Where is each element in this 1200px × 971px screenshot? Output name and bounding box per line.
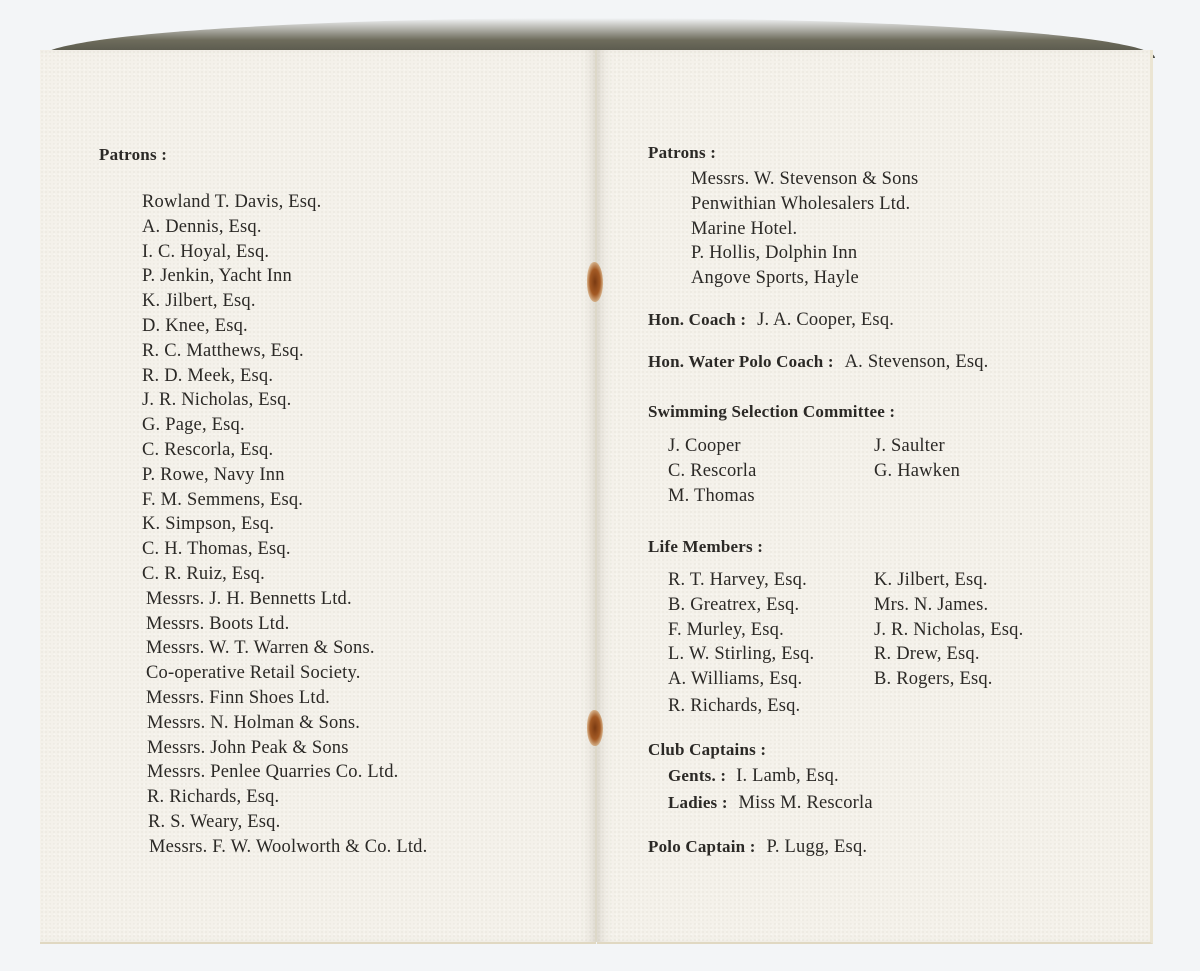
patron-entry: Co-operative Retail Society. xyxy=(142,661,427,686)
patron-entry: P. Hollis, Dolphin Inn xyxy=(691,241,918,266)
gents-captain-label: Gents. : xyxy=(668,766,726,785)
patron-entry: Messrs. John Peak & Sons xyxy=(142,736,427,761)
life-member: B. Greatrex, Esq. xyxy=(668,593,814,618)
patron-entry: Messrs. W. Stevenson & Sons xyxy=(691,167,918,192)
patron-entry: R. Richards, Esq. xyxy=(142,785,427,810)
hon-coach-line: Hon. Coach : J. A. Cooper, Esq. xyxy=(648,308,894,333)
patron-entry: C. R. Ruiz, Esq. xyxy=(142,562,427,587)
patron-entry: Messrs. Boots Ltd. xyxy=(142,612,427,637)
patron-entry: D. Knee, Esq. xyxy=(142,314,427,339)
left-patrons-list: Rowland T. Davis, Esq. A. Dennis, Esq. I… xyxy=(142,190,427,860)
patron-entry: I. C. Hoyal, Esq. xyxy=(142,240,427,265)
life-member: A. Williams, Esq. xyxy=(668,667,814,692)
right-patrons-heading: Patrons : xyxy=(648,141,716,166)
patron-entry: A. Dennis, Esq. xyxy=(142,215,427,240)
rust-staple-mark-bottom xyxy=(587,710,603,746)
patron-entry: F. M. Semmens, Esq. xyxy=(142,488,427,513)
committee-member: G. Hawken xyxy=(874,459,960,484)
life-member: R. Drew, Esq. xyxy=(874,642,1023,667)
gents-captain-value: I. Lamb, Esq. xyxy=(736,766,839,786)
patron-entry: Rowland T. Davis, Esq. xyxy=(142,190,427,215)
left-patrons-heading: Patrons : xyxy=(99,143,167,168)
life-member: Mrs. N. James. xyxy=(874,593,1023,618)
polo-captain-label: Polo Captain : xyxy=(648,837,756,856)
patron-entry: Angove Sports, Hayle xyxy=(691,266,918,291)
patron-entry: J. R. Nicholas, Esq. xyxy=(142,388,427,413)
patron-entry: Penwithian Wholesalers Ltd. xyxy=(691,192,918,217)
patron-entry: Messrs. F. W. Woolworth & Co. Ltd. xyxy=(142,835,427,860)
committee-member: J. Saulter xyxy=(874,434,960,459)
selection-committee-heading: Swimming Selection Committee : xyxy=(648,400,895,425)
life-member: J. R. Nicholas, Esq. xyxy=(874,618,1023,643)
patron-entry: Messrs. Finn Shoes Ltd. xyxy=(142,686,427,711)
right-patrons-list: Messrs. W. Stevenson & Sons Penwithian W… xyxy=(691,167,918,291)
ladies-captain-label: Ladies : xyxy=(668,793,728,812)
booklet-spine xyxy=(595,50,597,942)
patron-entry: Messrs. J. H. Bennetts Ltd. xyxy=(142,587,427,612)
patron-entry: Messrs. Penlee Quarries Co. Ltd. xyxy=(142,760,427,785)
committee-member: M. Thomas xyxy=(668,484,757,509)
patron-entry: K. Jilbert, Esq. xyxy=(142,289,427,314)
selection-committee-column-2: J. Saulter G. Hawken xyxy=(874,434,960,484)
patron-entry: C. H. Thomas, Esq. xyxy=(142,537,427,562)
patron-entry: C. Rescorla, Esq. xyxy=(142,438,427,463)
hon-coach-value: J. A. Cooper, Esq. xyxy=(757,310,894,330)
patron-entry: P. Rowe, Navy Inn xyxy=(142,463,427,488)
polo-captain-line: Polo Captain : P. Lugg, Esq. xyxy=(648,835,867,860)
club-captains-heading: Club Captains : xyxy=(648,738,766,763)
hon-water-polo-coach-line: Hon. Water Polo Coach : A. Stevenson, Es… xyxy=(648,350,989,375)
hon-coach-label: Hon. Coach : xyxy=(648,310,746,329)
life-member: F. Murley, Esq. xyxy=(668,618,814,643)
life-member: K. Jilbert, Esq. xyxy=(874,568,1023,593)
patron-entry: R. S. Weary, Esq. xyxy=(142,810,427,835)
patron-entry: P. Jenkin, Yacht Inn xyxy=(142,264,427,289)
life-members-heading: Life Members : xyxy=(648,535,763,560)
patron-entry: Messrs. W. T. Warren & Sons. xyxy=(142,636,427,661)
hon-water-polo-coach-value: A. Stevenson, Esq. xyxy=(845,352,989,372)
patron-entry: R. D. Meek, Esq. xyxy=(142,364,427,389)
committee-member: J. Cooper xyxy=(668,434,757,459)
ladies-captain-line: Ladies : Miss M. Rescorla xyxy=(668,791,873,816)
life-member: B. Rogers, Esq. xyxy=(874,667,1023,692)
polo-captain-value: P. Lugg, Esq. xyxy=(766,837,867,857)
booklet-spread: Patrons : Rowland T. Davis, Esq. A. Denn… xyxy=(40,50,1160,950)
life-member: R. Richards, Esq. xyxy=(668,694,814,719)
life-member: L. W. Stirling, Esq. xyxy=(668,642,814,667)
life-members-column-1: R. T. Harvey, Esq. B. Greatrex, Esq. F. … xyxy=(668,568,814,719)
hon-water-polo-coach-label: Hon. Water Polo Coach : xyxy=(648,352,834,371)
gents-captain-line: Gents. : I. Lamb, Esq. xyxy=(668,764,839,789)
rust-staple-mark-top xyxy=(587,262,603,302)
patron-entry: K. Simpson, Esq. xyxy=(142,512,427,537)
patron-entry: Marine Hotel. xyxy=(691,217,918,242)
selection-committee-column-1: J. Cooper C. Rescorla M. Thomas xyxy=(668,434,757,508)
patron-entry: Messrs. N. Holman & Sons. xyxy=(142,711,427,736)
patron-entry: R. C. Matthews, Esq. xyxy=(142,339,427,364)
patron-entry: G. Page, Esq. xyxy=(142,413,427,438)
life-members-column-2: K. Jilbert, Esq. Mrs. N. James. J. R. Ni… xyxy=(874,568,1023,692)
ladies-captain-value: Miss M. Rescorla xyxy=(739,793,873,813)
committee-member: C. Rescorla xyxy=(668,459,757,484)
life-member: R. T. Harvey, Esq. xyxy=(668,568,814,593)
